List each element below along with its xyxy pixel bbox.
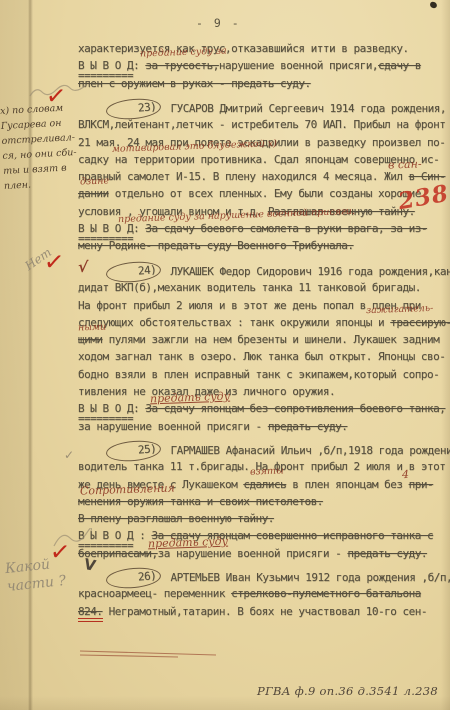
typed-text: характеризуется как трус,отказавшийся ит… <box>78 42 409 55</box>
typed-line: дидат ВКП(б),механик водитель танка 11 т… <box>78 279 450 296</box>
page-number: - 9 - <box>196 16 241 30</box>
margin-ink-note: х) по словамГусарева онотстреливал-ся, н… <box>0 100 79 194</box>
margin-note-line: плен. <box>4 175 79 194</box>
typed-line: 25) ГАРМАШЕВ Афанасий Ильич ,б/п,1918 го… <box>78 441 450 458</box>
typed-text: в плен японцам без <box>286 478 408 491</box>
typed-text: 824. <box>78 605 103 622</box>
typed-text: сдачу в <box>378 59 421 72</box>
pencil-scribble <box>28 82 88 102</box>
typed-line: мену Родине- предать суду Военного Трибу… <box>78 237 450 254</box>
entry-25-garmashev: 25) ГАРМАШЕВ Афанасий Ильич ,б/п,1918 го… <box>78 441 450 562</box>
typed-text: ГАРМАШЕВ Афанасий Ильич ,б/п,1918 года р… <box>164 444 450 457</box>
typed-text: менения оружия танка и своих пистолетов. <box>78 495 323 508</box>
intro-verdict: характеризуется как трус,отказавшийся ит… <box>78 40 450 92</box>
typed-text: АРТЕМЬЕВ Иван Кузьмич 1912 года рождения… <box>164 571 450 584</box>
handwritten-correction: ными <box>78 322 106 334</box>
typed-line: В плену разглашал военную тайну. <box>78 510 450 527</box>
typed-text: за нарушение военной присяги - <box>78 420 268 433</box>
typed-line: 824. Неграмотный,татарин. В боях не учас… <box>78 603 450 620</box>
ink-underline-flourish <box>78 648 218 658</box>
handwritten-correction: предать суду <box>150 390 230 406</box>
handwritten-correction: зажигатель- <box>366 303 434 316</box>
typed-line: ходом загнал танк в озеро. Люк танка был… <box>78 348 450 365</box>
typed-text: садку на территории противника. Сдал япо… <box>78 153 439 166</box>
typed-text: правный самолет И-15. В плену находился … <box>78 170 409 183</box>
typed-text: трассирую- <box>390 316 450 329</box>
entry-26-artemev: 26) АРТЕМЬЕВ Иван Кузьмич 1912 года рожд… <box>78 568 450 620</box>
typed-text: предать суду. <box>347 547 427 560</box>
typed-text: дидат ВКП(б),механик водитель танка 11 т… <box>78 281 421 294</box>
entry-23-gusarov: 23) ГУСАРОВ Дмитрий Сергеевич 1914 года … <box>78 99 450 255</box>
typed-text: бодно взяли в плен исправный танк с экип… <box>78 368 439 381</box>
typed-line: следующих обстоятельствах : танк окружил… <box>78 314 450 331</box>
check-mark: √ <box>77 258 88 277</box>
typed-line: характеризуется как трус,отказавшийся ит… <box>78 40 450 57</box>
typed-text: отдельно от всех пленных. Ему были созда… <box>109 187 421 200</box>
typed-text: ЛУКАШЕК Федор Сидорович 1916 года рожден… <box>164 265 450 278</box>
typed-line: тивления не оказал даже из личного оружи… <box>78 383 450 400</box>
typed-text: при- <box>409 478 434 491</box>
handwritten-correction: 4 <box>402 468 409 481</box>
typed-line: бодно взяли в плен исправный танк с экип… <box>78 366 450 383</box>
typed-text: Неграмотный,татарин. В боях не участвова… <box>103 605 428 618</box>
handwritten-correction: взяты <box>250 465 284 477</box>
typed-line: боеприпасами,за нарушение военной присяг… <box>78 545 450 562</box>
typed-text: плен с оружием в руках - предать суду. <box>78 77 311 90</box>
typed-text: красноармеец- переменник <box>78 587 231 600</box>
handwritten-correction: дзине <box>80 175 110 187</box>
typed-text: дании <box>78 187 109 200</box>
typed-line: 23) ГУСАРОВ Дмитрий Сергеевич 1914 года … <box>78 99 450 116</box>
typed-text: ходом загнал танк в озеро. Люк танка был… <box>78 350 445 363</box>
typed-line: щими пулями зажгли на нем брезенты и шин… <box>78 331 450 348</box>
typed-line: плен с оружием в руках - предать суду. <box>78 75 450 92</box>
typed-text: мену Родине- предать суду Военного Трибу… <box>78 239 354 252</box>
typed-text: нарушение военной присяги, <box>219 59 378 72</box>
typed-text: ВЛКСМ,лейтенант,летчик - истребитель 70 … <box>78 118 445 131</box>
typed-text: щими <box>78 333 103 346</box>
check-mark: ✓ <box>43 247 66 277</box>
pencil-scribble <box>52 528 92 550</box>
typed-line: 24) ЛУКАШЕК Федор Сидорович 1916 года ро… <box>78 262 450 279</box>
archive-stamp: РГВА ф.9 оп.36 д.3541 л.238 <box>257 684 438 698</box>
typed-line: В Ы В О Д :========= За сдачу японцам со… <box>78 527 450 544</box>
typed-text: сдались <box>243 478 286 491</box>
typed-text: За сдачу боевого самолета в руки врага, … <box>145 222 427 235</box>
typed-line: В Ы В О Д:========= За сдачу японцам без… <box>78 400 450 417</box>
check-mark: ✓ <box>64 448 74 462</box>
handwritten-correction: предать суду <box>148 535 228 551</box>
typed-text: стрелково-пулеметного батальона <box>231 587 421 600</box>
typed-line: дании отдельно от всех пленных. Ему были… <box>78 185 450 202</box>
typed-text: пулями зажгли на нем брезенты и шинели. … <box>103 333 440 346</box>
entry-24-lukashek: 24) ЛУКАШЕК Федор Сидорович 1916 года ро… <box>78 262 450 435</box>
typed-line: ВЛКСМ,лейтенант,летчик - истребитель 70 … <box>78 116 450 133</box>
typed-line: красноармеец- переменник стрелково-пулем… <box>78 585 450 602</box>
typed-text: ГУСАРОВ Дмитрий Сергеевич 1914 года рожд… <box>164 102 450 115</box>
typed-text: за трусость, <box>145 59 218 72</box>
typed-text: следующих обстоятельствах : танк окружил… <box>78 316 390 329</box>
typed-line: 26) АРТЕМЬЕВ Иван Кузьмич 1912 года рожд… <box>78 568 450 585</box>
typed-line: за нарушение военной присяги - предать с… <box>78 418 450 435</box>
typed-text: предать суду. <box>268 420 348 433</box>
scanned-document-page: - 9 - характеризуется как трус,отказавши… <box>0 0 450 710</box>
page-corner-mark <box>429 1 438 9</box>
handwritten-correction: в сан- <box>388 157 422 171</box>
typed-text: В плену разглашал военную тайну. <box>78 512 274 525</box>
typed-text: За сдачу японцам без сопротивления боево… <box>145 402 445 415</box>
typed-line: В Ы В О Д:========= за трусость,нарушени… <box>78 57 450 74</box>
